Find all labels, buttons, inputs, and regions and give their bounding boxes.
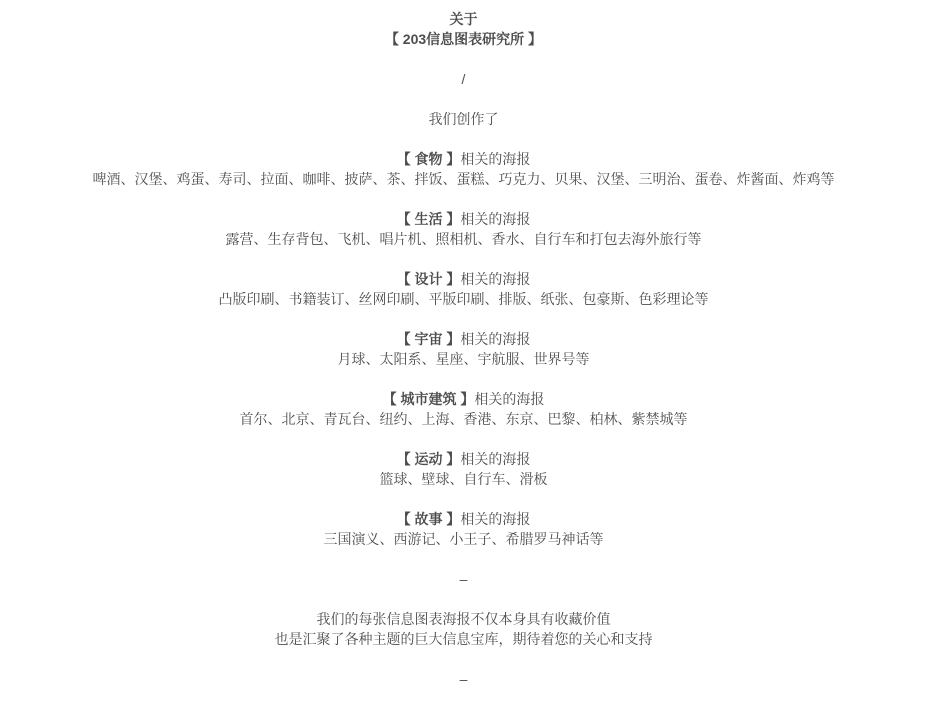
section-category: 【 故事 】 — [397, 511, 461, 527]
section-items: 篮球、壁球、自行车、滑板 — [0, 469, 927, 489]
section-heading: 【 宇宙 】相关的海报 — [0, 329, 927, 349]
studio-name: 【 203信息图表研究所 】 — [0, 29, 927, 49]
section-items: 露营、生存背包、飞机、唱片机、照相机、香水、自行车和打包去海外旅行等 — [0, 229, 927, 249]
section-story: 【 故事 】相关的海报 三国演义、西游记、小王子、希腊罗马神话等 — [0, 509, 927, 549]
section-heading: 【 运动 】相关的海报 — [0, 449, 927, 469]
intro-text: 我们创作了 — [0, 109, 927, 129]
section-items: 啤酒、汉堡、鸡蛋、寿司、拉面、咖啡、披萨、茶、拌饭、蛋糕、巧克力、贝果、汉堡、三… — [0, 169, 927, 189]
dash-divider-top: – — [0, 569, 927, 589]
section-sports: 【 运动 】相关的海报 篮球、壁球、自行车、滑板 — [0, 449, 927, 489]
section-city-architecture: 【 城市建筑 】相关的海报 首尔、北京、青瓦台、纽约、上海、香港、东京、巴黎、柏… — [0, 389, 927, 429]
section-items: 三国演义、西游记、小王子、希腊罗马神话等 — [0, 529, 927, 549]
page-title: 关于 — [0, 9, 927, 29]
slash-divider: / — [0, 69, 927, 89]
section-heading: 【 故事 】相关的海报 — [0, 509, 927, 529]
section-items: 首尔、北京、青瓦台、纽约、上海、香港、东京、巴黎、柏林、紫禁城等 — [0, 409, 927, 429]
section-suffix: 相关的海报 — [460, 151, 530, 167]
section-category: 【 运动 】 — [397, 451, 461, 467]
section-space: 【 宇宙 】相关的海报 月球、太阳系、星座、宇航服、世界号等 — [0, 329, 927, 369]
section-items: 月球、太阳系、星座、宇航服、世界号等 — [0, 349, 927, 369]
section-category: 【 设计 】 — [397, 271, 461, 287]
dash-divider-bottom: – — [0, 669, 927, 689]
closing-line-2: 也是汇聚了各种主题的巨大信息宝库，期待着您的关心和支持 — [0, 629, 927, 649]
section-heading: 【 城市建筑 】相关的海报 — [0, 389, 927, 409]
section-suffix: 相关的海报 — [460, 451, 530, 467]
section-heading: 【 食物 】相关的海报 — [0, 149, 927, 169]
section-category: 【 城市建筑 】 — [383, 391, 475, 407]
section-life: 【 生活 】相关的海报 露营、生存背包、飞机、唱片机、照相机、香水、自行车和打包… — [0, 209, 927, 249]
section-suffix: 相关的海报 — [460, 331, 530, 347]
section-suffix: 相关的海报 — [474, 391, 544, 407]
section-suffix: 相关的海报 — [460, 271, 530, 287]
section-suffix: 相关的海报 — [460, 211, 530, 227]
section-items: 凸版印刷、书籍装订、丝网印刷、平版印刷、排版、纸张、包豪斯、色彩理论等 — [0, 289, 927, 309]
section-category: 【 生活 】 — [397, 211, 461, 227]
section-heading: 【 生活 】相关的海报 — [0, 209, 927, 229]
section-design: 【 设计 】相关的海报 凸版印刷、书籍装订、丝网印刷、平版印刷、排版、纸张、包豪… — [0, 269, 927, 309]
section-category: 【 宇宙 】 — [397, 331, 461, 347]
section-suffix: 相关的海报 — [460, 511, 530, 527]
section-heading: 【 设计 】相关的海报 — [0, 269, 927, 289]
about-page: 关于 【 203信息图表研究所 】 / 我们创作了 【 食物 】相关的海报 啤酒… — [0, 0, 927, 689]
section-category: 【 食物 】 — [397, 151, 461, 167]
section-food: 【 食物 】相关的海报 啤酒、汉堡、鸡蛋、寿司、拉面、咖啡、披萨、茶、拌饭、蛋糕… — [0, 149, 927, 189]
closing-line-1: 我们的每张信息图表海报不仅本身具有收藏价值 — [0, 609, 927, 629]
